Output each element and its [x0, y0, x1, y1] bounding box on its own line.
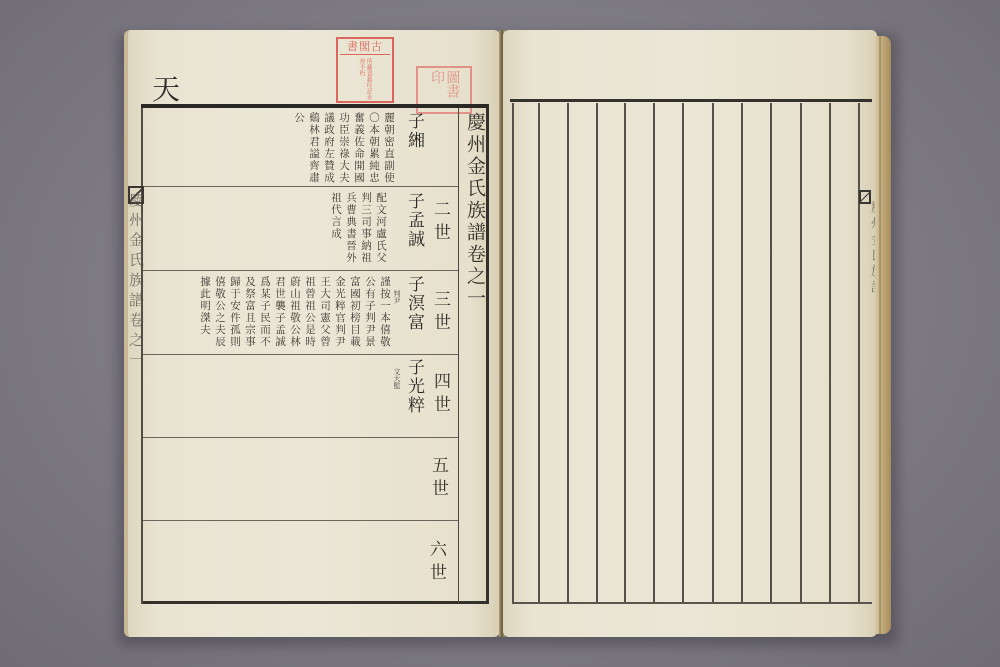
volume-mark: 天 — [152, 68, 180, 108]
person-name: 子緗 — [402, 112, 427, 150]
biography-note: 麗朝密直副使〇本朝累純忠奮義佐命開國功臣崇祿大夫議政府左贊成鷄林君謚齊肅公 — [148, 112, 396, 184]
row-divider — [143, 520, 458, 521]
right-page — [503, 30, 877, 637]
column-rule — [624, 103, 626, 602]
column-rule — [770, 103, 772, 602]
column-rule — [567, 103, 569, 602]
column-rule — [829, 103, 831, 602]
column-rule — [538, 103, 540, 602]
book-title: 慶州金氏族譜卷之一 — [462, 112, 489, 310]
biography-note: 謹按一本僖敬公有子判尹景富國初榜目載金光粹官判尹王大司憲父曾祖曾祖公是時蔚山祖敬… — [240, 276, 392, 352]
row-divider — [143, 437, 458, 438]
column-rule — [512, 103, 514, 602]
page-edge-title: 慶州金氏族譜卷之一 — [126, 192, 147, 372]
person-note: 判尹 — [392, 290, 401, 304]
right-page-top-rule — [510, 99, 872, 102]
generation-label: 四世 — [428, 372, 453, 418]
seal-body-text: 所藏書籍印記永存不朽 — [358, 58, 372, 102]
column-rule — [800, 103, 802, 602]
person-name: 子孟誠 — [402, 192, 427, 249]
person-note: 文大監 — [392, 368, 401, 389]
seal-header-text: 書閣古 — [340, 41, 390, 55]
generation-label: 六世 — [424, 540, 449, 586]
red-seal-stamp: 書閣古 所藏書籍印記永存不朽 — [336, 37, 394, 103]
generation-label: 二世 — [428, 200, 453, 246]
column-rule — [653, 103, 655, 602]
right-page-bottom-rule — [512, 602, 872, 604]
row-divider — [143, 270, 458, 271]
book-fore-edge — [875, 36, 891, 634]
column-rule — [858, 103, 860, 602]
generation-label: 五世 — [426, 456, 451, 502]
column-rule — [682, 103, 684, 602]
title-column-rule — [458, 108, 459, 603]
column-rule — [741, 103, 743, 602]
column-rule — [712, 103, 714, 602]
row-divider — [143, 186, 458, 187]
person-name: 子溟富 — [402, 275, 427, 332]
biography-note: 配文河盧氏父判三司事納祖兵曹典書晉外祖代言成 — [148, 192, 388, 268]
row-divider — [143, 354, 458, 355]
person-name: 子光粹 — [402, 358, 427, 415]
column-rule — [596, 103, 598, 602]
generation-label: 三世 — [428, 290, 453, 336]
